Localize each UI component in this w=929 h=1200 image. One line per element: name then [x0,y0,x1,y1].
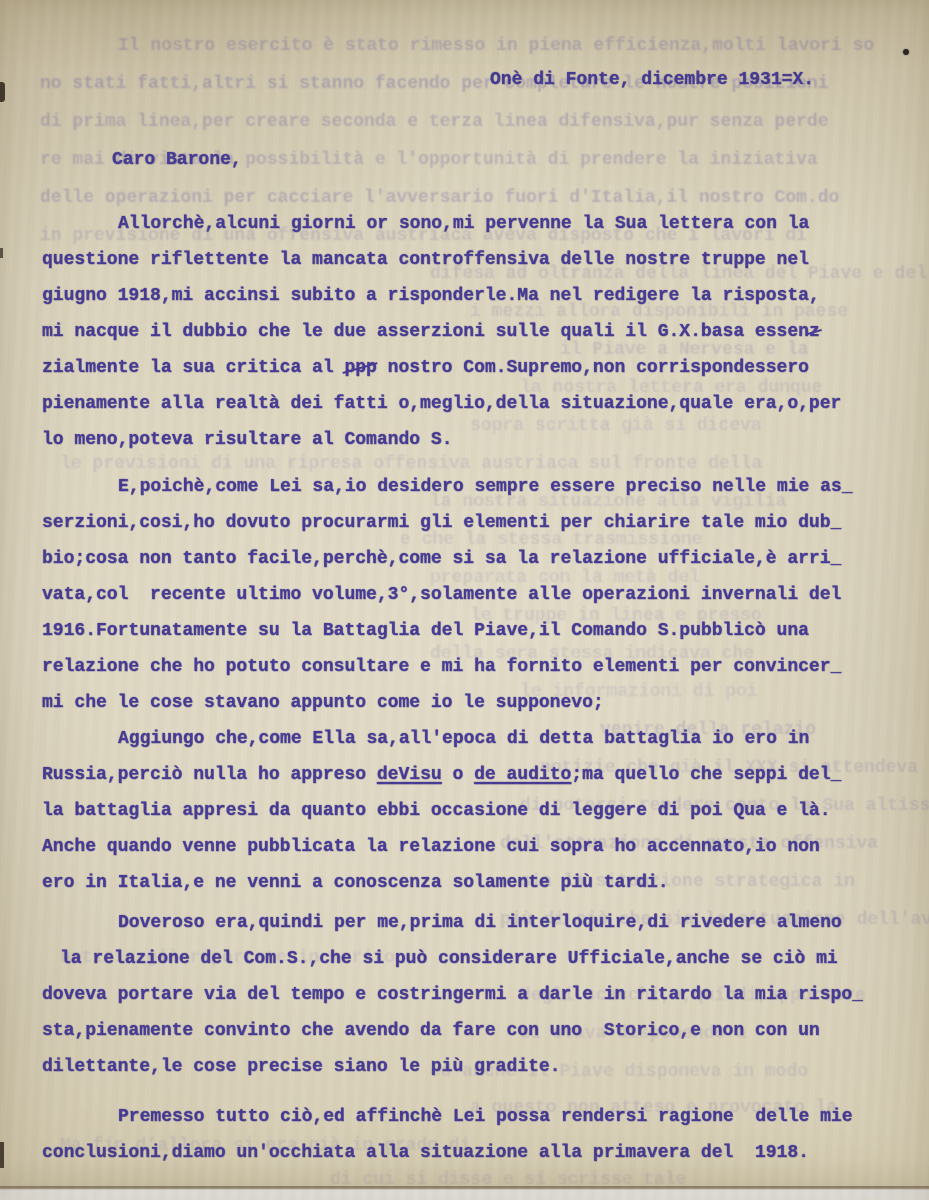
letter-line: 1916.Fortunatamente su la Battaglia del … [42,613,902,649]
text-segment: relazione che ho potuto consultare e mi … [42,657,841,677]
letter-line: la battaglia appresi da quanto ebbi occa… [42,793,902,829]
edge-mark [0,82,5,102]
letter-line: conclusioni,diamo un'occhiata alla situa… [42,1135,902,1171]
underlined-text: de audito [474,765,571,785]
letter-line: ero in Italia,e ne venni a conoscenza so… [42,865,902,901]
scanner-edge [0,1186,929,1200]
struck-out-text: ppp [344,350,376,386]
text-segment: Anche quando venne pubblicata la relazio… [42,837,820,857]
salutation: Caro Barone, [42,142,902,178]
letter-line: lo meno,poteva risultare al Comando S. [42,422,902,458]
edge-mark [0,248,3,258]
text-segment: la relazione del Com.S.,che si può consi… [60,949,838,969]
text-segment: Premesso tutto ciò,ed affinchè Lei possa… [118,1107,853,1127]
ink-dot-artifact [903,49,909,55]
text-segment: ;ma quello che seppi del_ [571,765,841,785]
dateline: Onè di Fonte, dicembre 1931=X. [42,62,902,98]
text-segment: Doveroso era,quindi per me,prima di inte… [118,913,842,933]
text-segment: E,poichè,come Lei sa,io desidero sempre … [118,477,853,497]
underlined-text: deVisu [377,765,442,785]
letter-line: Doveroso era,quindi per me,prima di inte… [42,905,902,941]
letter-line: Russia,perciò nulla ho appreso deVisu o … [42,757,902,793]
text-segment: vata,col recente ultimo volume,3°,solame… [42,585,841,605]
text-segment: nostro Com.Supremo,non corrispondessero [377,358,809,378]
letter-line: questione riflettente la mancata controf… [42,242,902,278]
letter-line: bio;cosa non tanto facile,perchè,come si… [42,541,902,577]
text-segment: zialmente la sua critica al [42,358,344,378]
text-segment: o [442,765,474,785]
letter-line: sta,pienamente convinto che avendo da fa… [42,1013,902,1049]
text-segment: sta,pienamente convinto che avendo da fa… [42,1021,820,1041]
bleedthrough-line: Il nostro esercito è stato rimesso in pi… [118,28,874,64]
paragraph: Aggiungo che,come Ella sa,all'epoca di d… [42,721,902,901]
text-segment: pienamente alla realtà dei fatti o,megli… [42,394,841,414]
letter-line: Aggiungo che,come Ella sa,all'epoca di d… [42,721,902,757]
letter-line: pienamente alla realtà dei fatti o,megli… [42,386,902,422]
letter-line: Allorchè,alcuni giorni or sono,mi perven… [42,206,902,242]
text-segment: Allorchè,alcuni giorni or sono,mi perven… [118,214,809,234]
letter-line: vata,col recente ultimo volume,3°,solame… [42,577,902,613]
letter-line: giugno 1918,mi accinsi subito a risponde… [42,278,902,314]
struck-out-text: z [809,314,820,350]
text-segment: doveva portare via del tempo e costringe… [42,985,863,1005]
text-segment: bio;cosa non tanto facile,perchè,come si… [42,549,841,569]
letter-line: serzioni,cosi,ho dovuto procurarmi gli e… [42,505,902,541]
letter-line: zialmente la sua critica al ppp nostro C… [42,350,902,386]
text-segment: mi nacque il dubbio che le due asserzion… [42,322,809,342]
paragraph: Premesso tutto ciò,ed affinchè Lei possa… [42,1099,902,1171]
letter-line: Premesso tutto ciò,ed affinchè Lei possa… [42,1099,902,1135]
text-segment: Aggiungo che,come Ella sa,all'epoca di d… [118,729,809,749]
letter-line: la relazione del Com.S.,che si può consi… [42,941,902,977]
paragraph: E,poichè,come Lei sa,io desidero sempre … [42,469,902,721]
text-segment: 1916.Fortunatamente su la Battaglia del … [42,621,809,641]
text-segment: serzioni,cosi,ho dovuto procurarmi gli e… [42,513,841,533]
paragraph: Doveroso era,quindi per me,prima di inte… [42,905,902,1085]
letter-text: Onè di Fonte, dicembre 1931=X. Caro Baro… [42,62,902,1171]
paragraph: Allorchè,alcuni giorni or sono,mi perven… [42,206,902,458]
text-segment: mi che le cose stavano appunto come io l… [42,693,604,713]
letter-line: Anche quando venne pubblicata la relazio… [42,829,902,865]
text-segment: conclusioni,diamo un'occhiata alla situa… [42,1143,809,1163]
text-segment: Russia,perciò nulla ho appreso [42,765,377,785]
text-segment: questione riflettente la mancata controf… [42,250,809,270]
scanned-letter-page: Il nostro esercito è stato rimesso in pi… [0,0,929,1200]
letter-line: E,poichè,come Lei sa,io desidero sempre … [42,469,902,505]
text-segment: lo meno,poteva risultare al Comando S. [42,430,452,450]
letter-body: Allorchè,alcuni giorni or sono,mi perven… [42,206,902,1171]
letter-line: mi che le cose stavano appunto come io l… [42,685,902,721]
letter-line: relazione che ho potuto consultare e mi … [42,649,902,685]
letter-line: mi nacque il dubbio che le due asserzion… [42,314,902,350]
text-segment: dilettante,le cose precise siano le più … [42,1057,560,1077]
text-segment: ero in Italia,e ne venni a conoscenza so… [42,873,669,893]
text-segment: giugno 1918,mi accinsi subito a risponde… [42,286,820,306]
letter-line: doveva portare via del tempo e costringe… [42,977,902,1013]
text-segment: la battaglia appresi da quanto ebbi occa… [42,801,831,821]
letter-line: dilettante,le cose precise siano le più … [42,1049,902,1085]
edge-mark [0,1142,4,1168]
